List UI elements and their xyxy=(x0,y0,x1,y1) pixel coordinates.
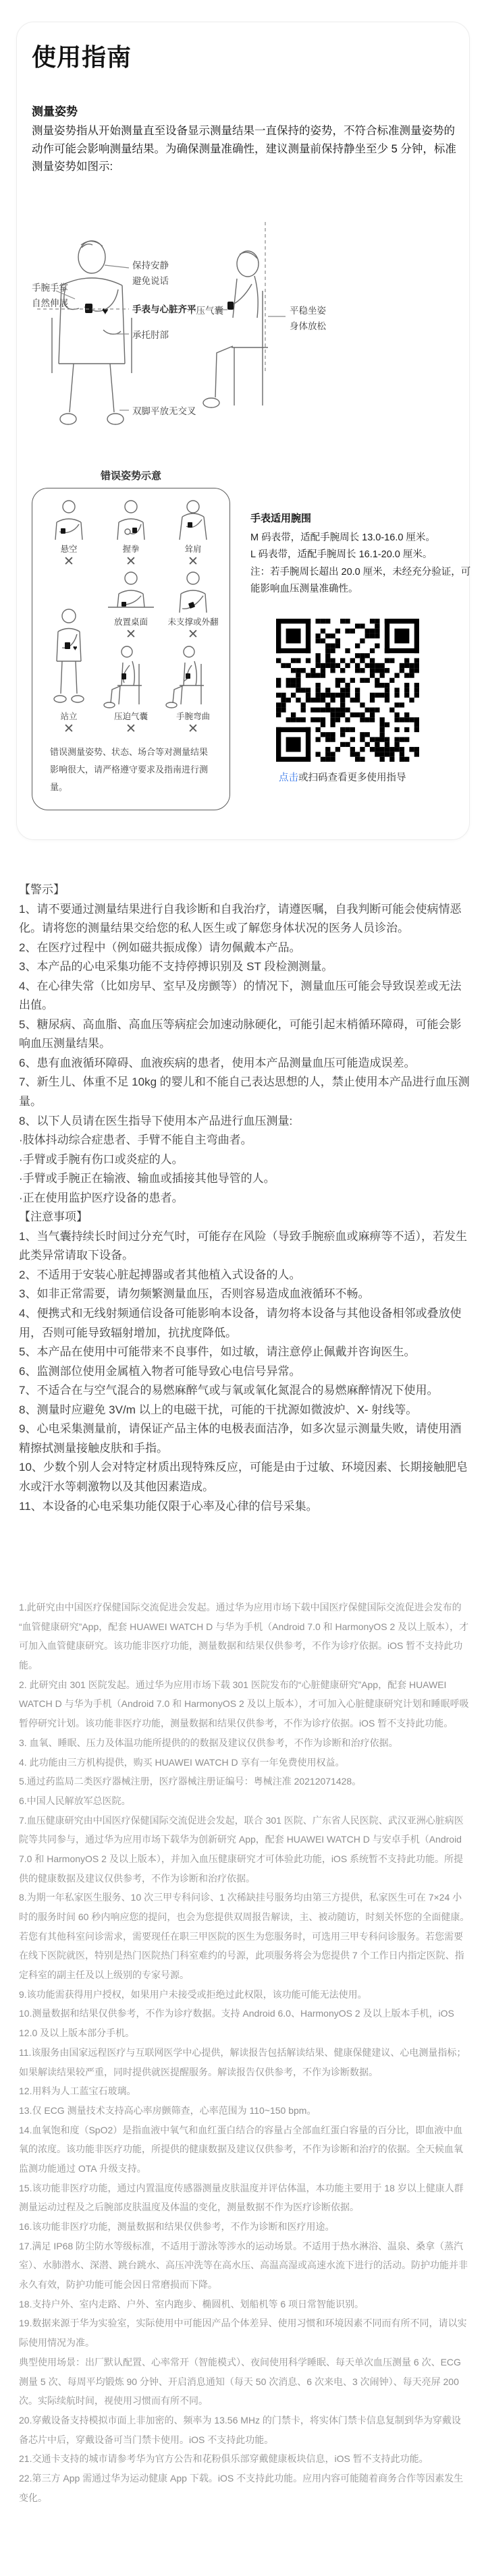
cautions-heading: 【注意事项】 xyxy=(19,1208,470,1227)
wrong-posture-item-press-airbag: 压迫气囊 ✕ xyxy=(100,644,162,737)
wrong-posture-item-unsupported: 未支撑或外翻 ✕ xyxy=(162,571,224,642)
wrist-size-section: 手表适用腕围 M 码表带，适配手腕周长 13.0-16.0 厘米。 L 码表带，… xyxy=(250,511,475,784)
usage-guide-page: { "card": { "title": "使用指南", "section_he… xyxy=(0,0,486,2576)
warning-item: ·正在使用监护医疗设备的患者。 xyxy=(19,1189,470,1208)
label-no-press-airbag: 不压气囊 xyxy=(187,304,223,318)
label-stable-sit-line1: 平稳坐姿 xyxy=(290,304,326,318)
caution-item: 8、测量时应避免 3V/m 以上的电磁干扰，可能的干扰源如微波炉、X- 射线等。 xyxy=(19,1401,470,1420)
warning-item: 4、在心律失常（比如房早、室早及房颤等）的情况下，测量血压可能会导致误差或无法出… xyxy=(19,977,470,1015)
caution-item: 3、如非正常需要，请勿频繁测量血压，否则容易造成血液循环不畅。 xyxy=(19,1285,470,1304)
footnote-item: 9.该功能需获得用户授权，如果用户未接受或拒绝过此权限，该功能可能无法使用。 xyxy=(19,1985,470,2005)
warning-item: 6、患有血液循环障碍、血液疾病的患者，使用本产品测量血压可能造成误差。 xyxy=(19,1054,470,1073)
warnings-list: 1、请不要通过测量结果进行自我诊断和自我治疗，请遵医嘱，自我判断可能会使病情恶化… xyxy=(19,900,470,1208)
warning-item: ·手臂或手腕正在输液、输血或插接其他导管的人。 xyxy=(19,1169,470,1189)
qr-caption: 点击或扫码查看更多使用指导 xyxy=(279,770,475,784)
label-wrist-palm-line1: 手腕手掌 xyxy=(32,281,68,296)
posture-diagram: ♥ xyxy=(17,203,470,473)
wrist-size-note: 注：若手腕周长超出 20.0 厘米，未经充分验证，可能影响血压测量准确性。 xyxy=(250,564,475,598)
svg-text:♥: ♥ xyxy=(102,306,109,317)
footnote-item: 20.穿戴设备支持模拟市面上非加密的、频率为 13.56 MHz 的门禁卡，将实… xyxy=(19,2411,470,2449)
footnote-item: 18.支持户外、室内走路、户外、室内跑步、椭圆机、划船机等 6 项日常智能识别。 xyxy=(19,2295,470,2314)
footnote-item: 3. 血氧、睡眠、压力及体温功能所提供的的数据及建议仅供参考，不作为诊断和治疗依… xyxy=(19,1733,470,1753)
cross-mark: ✕ xyxy=(63,723,74,737)
wrist-size-l: L 码表带，适配手腕周长 16.1-20.0 厘米。 xyxy=(250,547,475,563)
footnote-item: 14.血氧饱和度（SpO2）是指血液中氧气和血红蛋白结合的容量占全部血红蛋白容量… xyxy=(19,2121,470,2179)
cross-mark: ✕ xyxy=(126,628,136,642)
footnotes-section: 1.此研究由中国医疗保健国际交流促进会发起。通过华为应用市场下载中国医疗保健国际… xyxy=(19,1598,470,2507)
warning-item: 7、新生儿、体重不足 10kg 的婴儿和不能自己表达思想的人，禁止使用本产品进行… xyxy=(19,1073,470,1111)
wrong-posture-item-bent-wrist: 手腕弯曲 ✕ xyxy=(162,644,224,737)
footnote-item: 10.测量数据和结果仅供参考，不作为诊疗数据。支持 Android 6.0、Ha… xyxy=(19,2004,470,2042)
footnote-item: 2. 此研究由 301 医院发起。通过华为应用市场下载 301 医院发布的“心脏… xyxy=(19,1675,470,1733)
wrist-size-m: M 码表带，适配手腕周长 13.0-16.0 厘米。 xyxy=(250,530,475,547)
figure-standing: ♥ xyxy=(40,607,97,708)
cross-mark: ✕ xyxy=(188,628,198,642)
figure-pressing-airbag xyxy=(103,644,159,708)
footnote-item: 1.此研究由中国医疗保健国际交流促进会发起。通过华为应用市场下载中国医疗保健国际… xyxy=(19,1598,470,1675)
caution-item: 4、便携式和无线射频通信设备可能影响本设备，请勿将本设备与其他设备相邻或叠放使用… xyxy=(19,1304,470,1343)
wrong-posture-item-shrug: 耸肩 ✕ xyxy=(162,498,224,569)
warnings-cautions-section: 【警示】 1、请不要通过测量结果进行自我诊断和自我治疗，请遵医嘱，自我判断可能会… xyxy=(19,880,470,1516)
qr-caption-link[interactable]: 点击 xyxy=(279,773,298,783)
footnote-item: 4. 此功能由三方机构提供，购买 HUAWEI WATCH D 享有一年免费使用… xyxy=(19,1753,470,1772)
cross-mark: ✕ xyxy=(188,555,198,569)
footnote-item: 6.中国人民解放军总医院。 xyxy=(19,1791,470,1811)
wrist-size-heading: 手表适用腕围 xyxy=(250,511,475,525)
warning-item: ·肢体抖动综合症患者、手臂不能自主弯曲者。 xyxy=(19,1131,470,1150)
footnote-item: 12.用料为人工蓝宝石玻璃。 xyxy=(19,2081,470,2101)
label-support-elbow: 承托肘部 xyxy=(132,329,169,343)
figure-shrugged-shoulders xyxy=(165,498,221,541)
warning-item: ·手臂或手腕有伤口或炎症的人。 xyxy=(19,1150,470,1170)
footnote-item: 15.该功能非医疗功能，通过内置温度传感器测量皮肤温度并评估体温，本功能主要用于… xyxy=(19,2179,470,2217)
wrong-posture-item-suspended: 悬空 ✕ xyxy=(38,498,100,569)
footnote-item: 典型使用场景：出厂默认配置、心率常开（智能模式）、夜间使用科学睡眠、每天单次血压… xyxy=(19,2353,470,2411)
posture-intro-text: 测量姿势指从开始测量直至设备显示测量结果一直保持的姿势，不符合标准测量姿势的动作… xyxy=(32,122,457,176)
footnote-item: 17.满足 IP68 防尘防水等级标准，不适用于游泳等涉水的运动场景。不适用于热… xyxy=(19,2237,470,2295)
label-keep-quiet-line2: 避免说话 xyxy=(132,275,169,289)
warning-item: 3、本产品的心电采集功能不支持停搏识别及 ST 段检测测量。 xyxy=(19,957,470,977)
wrong-posture-item-fist: 握拳 ✕ xyxy=(100,498,162,569)
label-feet-flat: 双脚平放无交叉 xyxy=(132,405,196,419)
footnote-item: 5.通过药监局二类医疗器械注册，医疗器械注册证编号：粤械注准 202120714… xyxy=(19,1772,470,1791)
caution-item: 2、不适用于安装心脏起搏器或者其他植入式设备的人。 xyxy=(19,1266,470,1285)
footnote-item: 8.为期一年私家医生服务、10 次三甲专科问诊、1 次稀缺挂号服务均由第三方提供… xyxy=(19,1888,470,1984)
cross-mark: ✕ xyxy=(126,723,136,737)
svg-text:♥: ♥ xyxy=(73,644,78,652)
caution-item: 7、不适合在与空气混合的易燃麻醉气或与氧或氧化氮混合的易燃麻醉情况下使用。 xyxy=(19,1381,470,1401)
figure-arm-suspended xyxy=(40,498,97,541)
figure-bent-wrist xyxy=(165,644,221,708)
figure-unsupported-everted xyxy=(165,571,221,614)
wrong-posture-item-on-table: 放置桌面 ✕ xyxy=(100,571,162,642)
qr-caption-rest: 或扫码查看更多使用指导 xyxy=(298,773,406,783)
warning-item: 1、请不要通过测量结果进行自我诊断和自我治疗，请遵医嘱，自我判断可能会使病情恶化… xyxy=(19,900,470,939)
wrong-posture-item-standing: ♥ 站立 ✕ xyxy=(38,571,100,737)
footnote-item: 11.该服务由国家远程医疗与互联网医学中心提供，解读报告包括解读结果、健康保健建… xyxy=(19,2043,470,2081)
label-keep-quiet-line1: 保持安静 xyxy=(132,259,169,273)
caution-item: 6、监测部位使用金属植入物者可能导致心电信号异常。 xyxy=(19,1362,470,1382)
qr-code xyxy=(276,619,419,762)
figure-clenched-fist xyxy=(103,498,159,541)
posture-diagram-illustration: ♥ xyxy=(17,203,470,473)
cautions-list: 1、当气囊持续长时间过分充气时，可能存在风险（导致手腕瘀血或麻痹等不适），若发生… xyxy=(19,1227,470,1516)
footnote-item: 16.该功能非医疗功能，测量数据和结果仅供参考，不作为诊断和医疗用途。 xyxy=(19,2217,470,2237)
wrong-posture-box: 悬空 ✕ 握拳 ✕ 耸肩 ✕ xyxy=(32,488,230,810)
usage-guide-card: 使用指南 测量姿势 测量姿势指从开始测量直至设备显示测量结果一直保持的姿势，不符… xyxy=(16,22,470,840)
cross-mark: ✕ xyxy=(188,723,198,737)
footnote-item: 7.血压健康研究由中国医疗保健国际交流促进会发起，联合 301 医院、广东省人民… xyxy=(19,1811,470,1888)
caution-item: 1、当气囊持续长时间过分充气时，可能存在风险（导致手腕瘀血或麻痹等不适），若发生… xyxy=(19,1227,470,1266)
warning-item: 5、糖尿病、高血脂、高血压等病症会加速动脉硬化，可能引起末梢循环障碍，可能会影响… xyxy=(19,1015,470,1054)
caution-item: 9、心电采集测量前，请保证产品主体的电极表面洁净，如多次显示测量失败，请使用酒精… xyxy=(19,1420,470,1458)
footnote-item: 21.交通卡支持的城市请参考华为官方公告和花粉俱乐部穿戴健康板块信息，iOS 暂… xyxy=(19,2449,470,2469)
caution-item: 5、本产品在使用中可能带来不良事件，如过敏，请注意停止佩戴并咨询医生。 xyxy=(19,1343,470,1362)
cross-mark: ✕ xyxy=(63,555,74,569)
wrong-posture-title: 错误姿势示意 xyxy=(32,468,230,482)
wrong-posture-section: 错误姿势示意 悬空 ✕ 握拳 ✕ xyxy=(32,468,230,810)
caution-item: 10、少数个别人会对特定材质出现特殊反应，可能是由于过敏、环境因素、长期接触肥皂… xyxy=(19,1458,470,1496)
warning-item: 8、以下人员请在医生指导下使用本产品进行血压测量: xyxy=(19,1112,470,1131)
caution-item: 11、本设备的心电采集功能仅限于心率及心律的信号采集。 xyxy=(19,1497,470,1517)
section-heading-measure-posture: 测量姿势 xyxy=(32,102,78,119)
label-wrist-palm-line2: 自然伸展 xyxy=(32,297,68,311)
warnings-heading: 【警示】 xyxy=(19,880,470,900)
footnote-item: 22.第三方 App 需通过华为运动健康 App 下载。iOS 不支持此功能。应… xyxy=(19,2469,470,2507)
wrong-posture-note: 错误测量姿势、状态、场合等对测量结果影响很大，请严格遵守要求及指南进行测量。 xyxy=(50,744,212,796)
cross-mark: ✕ xyxy=(126,555,136,569)
label-stable-sit-line2: 身体放松 xyxy=(290,320,326,334)
footnote-item: 19.数据来源于华为实验室，实际使用中可能因产品个体差异、使用习惯和环境因素不同… xyxy=(19,2314,470,2352)
page-title: 使用指南 xyxy=(32,38,132,73)
warning-item: 2、在医疗过程中（例如磁共振成像）请勿佩戴本产品。 xyxy=(19,939,470,958)
footnote-item: 13.仅 ECG 测量技术支持高心率房颤筛查，心率范围为 110~150 bpm… xyxy=(19,2101,470,2121)
figure-on-table xyxy=(103,571,159,614)
